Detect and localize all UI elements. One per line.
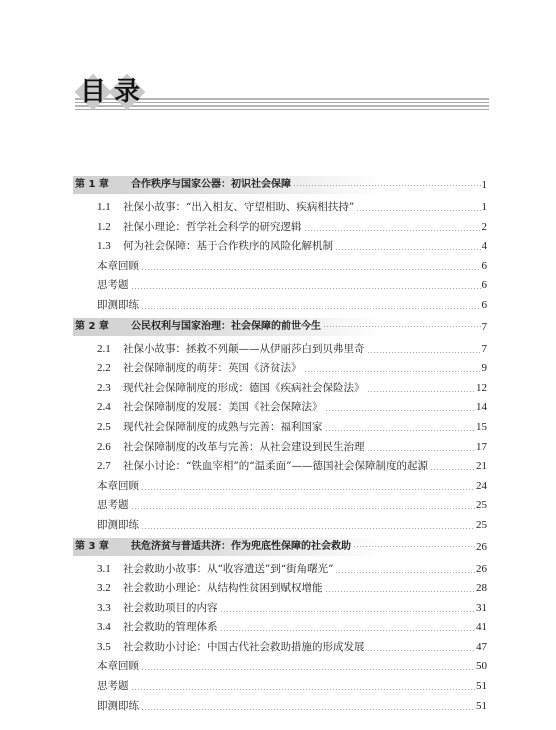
section-number: 3.1 xyxy=(97,562,123,576)
section-title: 社保小故事：“出入相友、守望相助、疾病相扶持” xyxy=(123,200,354,214)
page-number: 1 xyxy=(482,176,488,194)
dot-leader xyxy=(356,210,480,211)
section-number: 3.5 xyxy=(97,640,123,654)
page-number: 7 xyxy=(482,342,488,356)
dot-leader xyxy=(141,528,475,529)
dot-leader xyxy=(323,326,481,327)
section-title: 社会保障制度的改革与完善：从社会建设到民生治理 xyxy=(123,440,365,454)
page-number: 41 xyxy=(476,620,487,634)
section-title: 社保小讨论：“铁血宰相”的“温柔面”——德国社会保障制度的起源 xyxy=(123,459,428,473)
dot-leader xyxy=(131,689,476,690)
toc-review[interactable]: 本章回顾 50 xyxy=(75,659,487,673)
dot-leader xyxy=(304,230,481,231)
page-number: 28 xyxy=(476,581,487,595)
page-number: 14 xyxy=(476,400,487,414)
dot-leader xyxy=(131,508,476,509)
toc-section[interactable]: 1.3 何为社会保障：基于合作秩序的风险化解机制 4 xyxy=(75,239,487,253)
section-number: 1.3 xyxy=(97,239,123,253)
section-title: 何为社会保障：基于合作秩序的风险化解机制 xyxy=(123,239,333,253)
table-of-contents: 第 1 章 合作秩序与国家公器：初识社会保障 1 1.1 社保小故事：“出入相友… xyxy=(75,174,487,718)
section-number: 3.2 xyxy=(97,581,123,595)
page-number: 51 xyxy=(476,699,487,713)
dot-leader xyxy=(293,185,481,186)
section-title: 社会救助小理论：从结构性贫困到赋权增能 xyxy=(123,581,323,595)
toc-section[interactable]: 3.2 社会救助小理论：从结构性贫困到赋权增能 28 xyxy=(75,581,487,595)
section-title: 社会保障制度的发展：美国《社会保障法》 xyxy=(123,400,323,414)
toc-chapter-1[interactable]: 第 1 章 合作秩序与国家公器：初识社会保障 1 xyxy=(73,176,487,194)
section-number: 2.6 xyxy=(97,440,123,454)
page-number: 25 xyxy=(476,498,487,512)
dot-leader xyxy=(325,430,476,431)
toc-questions[interactable]: 思考题 25 xyxy=(75,498,487,512)
dot-leader xyxy=(304,371,481,372)
dot-leader xyxy=(367,450,476,451)
page-number: 1 xyxy=(482,200,488,214)
section-title: 社保小理论：哲学社会科学的研究逻辑 xyxy=(123,220,302,234)
toc-section[interactable]: 2.6 社会保障制度的改革与完善：从社会建设到民生治理 17 xyxy=(75,440,487,454)
toc-section[interactable]: 3.3 社会救助项目的内容 31 xyxy=(75,601,487,615)
dot-leader xyxy=(141,308,481,309)
dot-leader xyxy=(325,591,476,592)
dot-leader xyxy=(325,410,476,411)
page-number: 21 xyxy=(476,459,487,473)
page-number: 9 xyxy=(482,361,488,375)
dot-leader xyxy=(367,352,481,353)
dot-leader xyxy=(367,391,476,392)
page-number: 6 xyxy=(482,298,488,312)
toc-section[interactable]: 2.5 现代社会保障制度的成熟与完善：福利国家 15 xyxy=(75,420,487,434)
toc-questions[interactable]: 思考题 6 xyxy=(75,278,487,292)
toc-section[interactable]: 2.7 社保小讨论：“铁血宰相”的“温柔面”——德国社会保障制度的起源 21 xyxy=(75,459,487,473)
toc-section[interactable]: 2.1 社保小故事：拯救不列颠——从伊丽莎白到贝弗里奇 7 xyxy=(75,342,487,356)
section-number: 2.5 xyxy=(97,420,123,434)
section-number: 2.7 xyxy=(97,459,123,473)
toc-quiz[interactable]: 即测即练 51 xyxy=(75,699,487,713)
entry-title: 本章回顾 xyxy=(97,259,139,273)
toc-title: 目 录 xyxy=(75,72,489,132)
dot-leader xyxy=(141,669,475,670)
page-number: 6 xyxy=(482,259,488,273)
dot-leader xyxy=(141,709,475,710)
section-number: 2.1 xyxy=(97,342,123,356)
page-number: 17 xyxy=(476,440,487,454)
toc-section[interactable]: 3.4 社会救助的管理体系 41 xyxy=(75,620,487,634)
chapter-title: 扶危济贫与普适共济：作为兜底性保障的社会救助 xyxy=(131,538,351,556)
dot-leader xyxy=(131,288,481,289)
chapter-number: 第 2 章 xyxy=(75,318,131,336)
entry-title: 即测即练 xyxy=(97,298,139,312)
dot-leader xyxy=(220,630,476,631)
dot-leader xyxy=(367,650,476,651)
page-number: 51 xyxy=(476,679,487,693)
section-number: 1.1 xyxy=(97,200,123,214)
section-number: 2.2 xyxy=(97,361,123,375)
toc-section[interactable]: 3.5 社会救助小讨论：中国古代社会救助措施的形成发展 47 xyxy=(75,640,487,654)
toc-section[interactable]: 1.2 社保小理论：哲学社会科学的研究逻辑 2 xyxy=(75,220,487,234)
section-number: 2.3 xyxy=(97,381,123,395)
page-number: 24 xyxy=(476,479,487,493)
section-title: 社会保障制度的萌芽：英国《济贫法》 xyxy=(123,361,302,375)
page-number: 47 xyxy=(476,640,487,654)
title-char: 录 xyxy=(108,78,146,106)
entry-title: 本章回顾 xyxy=(97,659,139,673)
section-title: 社保小故事：拯救不列颠——从伊丽莎白到贝弗里奇 xyxy=(123,342,365,356)
section-title: 社会救助项目的内容 xyxy=(123,601,218,615)
toc-chapter-2[interactable]: 第 2 章 公民权利与国家治理：社会保障的前世今生 7 xyxy=(73,318,487,336)
toc-section[interactable]: 3.1 社会救助小故事：从“收容遣送”到“街角曙光” 26 xyxy=(75,562,487,576)
toc-chapter-3[interactable]: 第 3 章 扶危济贫与普适共济：作为兜底性保障的社会救助 26 xyxy=(73,538,487,556)
dot-leader xyxy=(430,469,475,470)
toc-section[interactable]: 2.4 社会保障制度的发展：美国《社会保障法》 14 xyxy=(75,400,487,414)
section-title: 现代社会保障制度的成熟与完善：福利国家 xyxy=(123,420,323,434)
toc-questions[interactable]: 思考题 51 xyxy=(75,679,487,693)
dot-leader xyxy=(220,611,476,612)
entry-title: 即测即练 xyxy=(97,699,139,713)
title-char: 目 xyxy=(74,78,112,106)
toc-section[interactable]: 2.2 社会保障制度的萌芽：英国《济贫法》 9 xyxy=(75,361,487,375)
dot-leader xyxy=(335,572,475,573)
section-title: 社会救助小故事：从“收容遣送”到“街角曙光” xyxy=(123,562,333,576)
dot-leader xyxy=(353,546,475,547)
section-number: 3.3 xyxy=(97,601,123,615)
entry-title: 思考题 xyxy=(97,278,129,292)
entry-title: 思考题 xyxy=(97,498,129,512)
page-number: 31 xyxy=(476,601,487,615)
dot-leader xyxy=(141,489,475,490)
page-number: 26 xyxy=(476,562,487,576)
page-number: 12 xyxy=(476,381,487,395)
toc-page: 目 录 第 1 章 合作秩序与国家公器：初识社会保障 1 1.1 社保小故事：“… xyxy=(0,0,556,730)
page-number: 6 xyxy=(482,278,488,292)
page-number: 4 xyxy=(482,239,488,253)
section-number: 1.2 xyxy=(97,220,123,234)
page-number: 15 xyxy=(476,420,487,434)
entry-title: 本章回顾 xyxy=(97,479,139,493)
dot-leader xyxy=(141,269,481,270)
toc-quiz[interactable]: 即测即练 25 xyxy=(75,518,487,532)
section-number: 3.4 xyxy=(97,620,123,634)
section-title: 现代社会保障制度的形成：德国《疾病社会保险法》 xyxy=(123,381,365,395)
entry-title: 思考题 xyxy=(97,679,129,693)
page-number: 50 xyxy=(476,659,487,673)
page-number: 7 xyxy=(482,318,488,336)
dot-leader xyxy=(335,249,481,250)
section-title: 社会救助小讨论：中国古代社会救助措施的形成发展 xyxy=(123,640,365,654)
chapter-title: 合作秩序与国家公器：初识社会保障 xyxy=(131,176,291,194)
chapter-number: 第 1 章 xyxy=(75,176,131,194)
chapter-number: 第 3 章 xyxy=(75,538,131,556)
chapter-title: 公民权利与国家治理：社会保障的前世今生 xyxy=(131,318,321,336)
toc-section[interactable]: 1.1 社保小故事：“出入相友、守望相助、疾病相扶持” 1 xyxy=(75,200,487,214)
section-number: 2.4 xyxy=(97,400,123,414)
toc-review[interactable]: 本章回顾 6 xyxy=(75,259,487,273)
page-number: 26 xyxy=(476,538,487,556)
page-number: 2 xyxy=(482,220,488,234)
toc-review[interactable]: 本章回顾 24 xyxy=(75,479,487,493)
entry-title: 即测即练 xyxy=(97,518,139,532)
page-number: 25 xyxy=(476,518,487,532)
toc-section[interactable]: 2.3 现代社会保障制度的形成：德国《疾病社会保险法》 12 xyxy=(75,381,487,395)
section-title: 社会救助的管理体系 xyxy=(123,620,218,634)
toc-quiz[interactable]: 即测即练 6 xyxy=(75,298,487,312)
